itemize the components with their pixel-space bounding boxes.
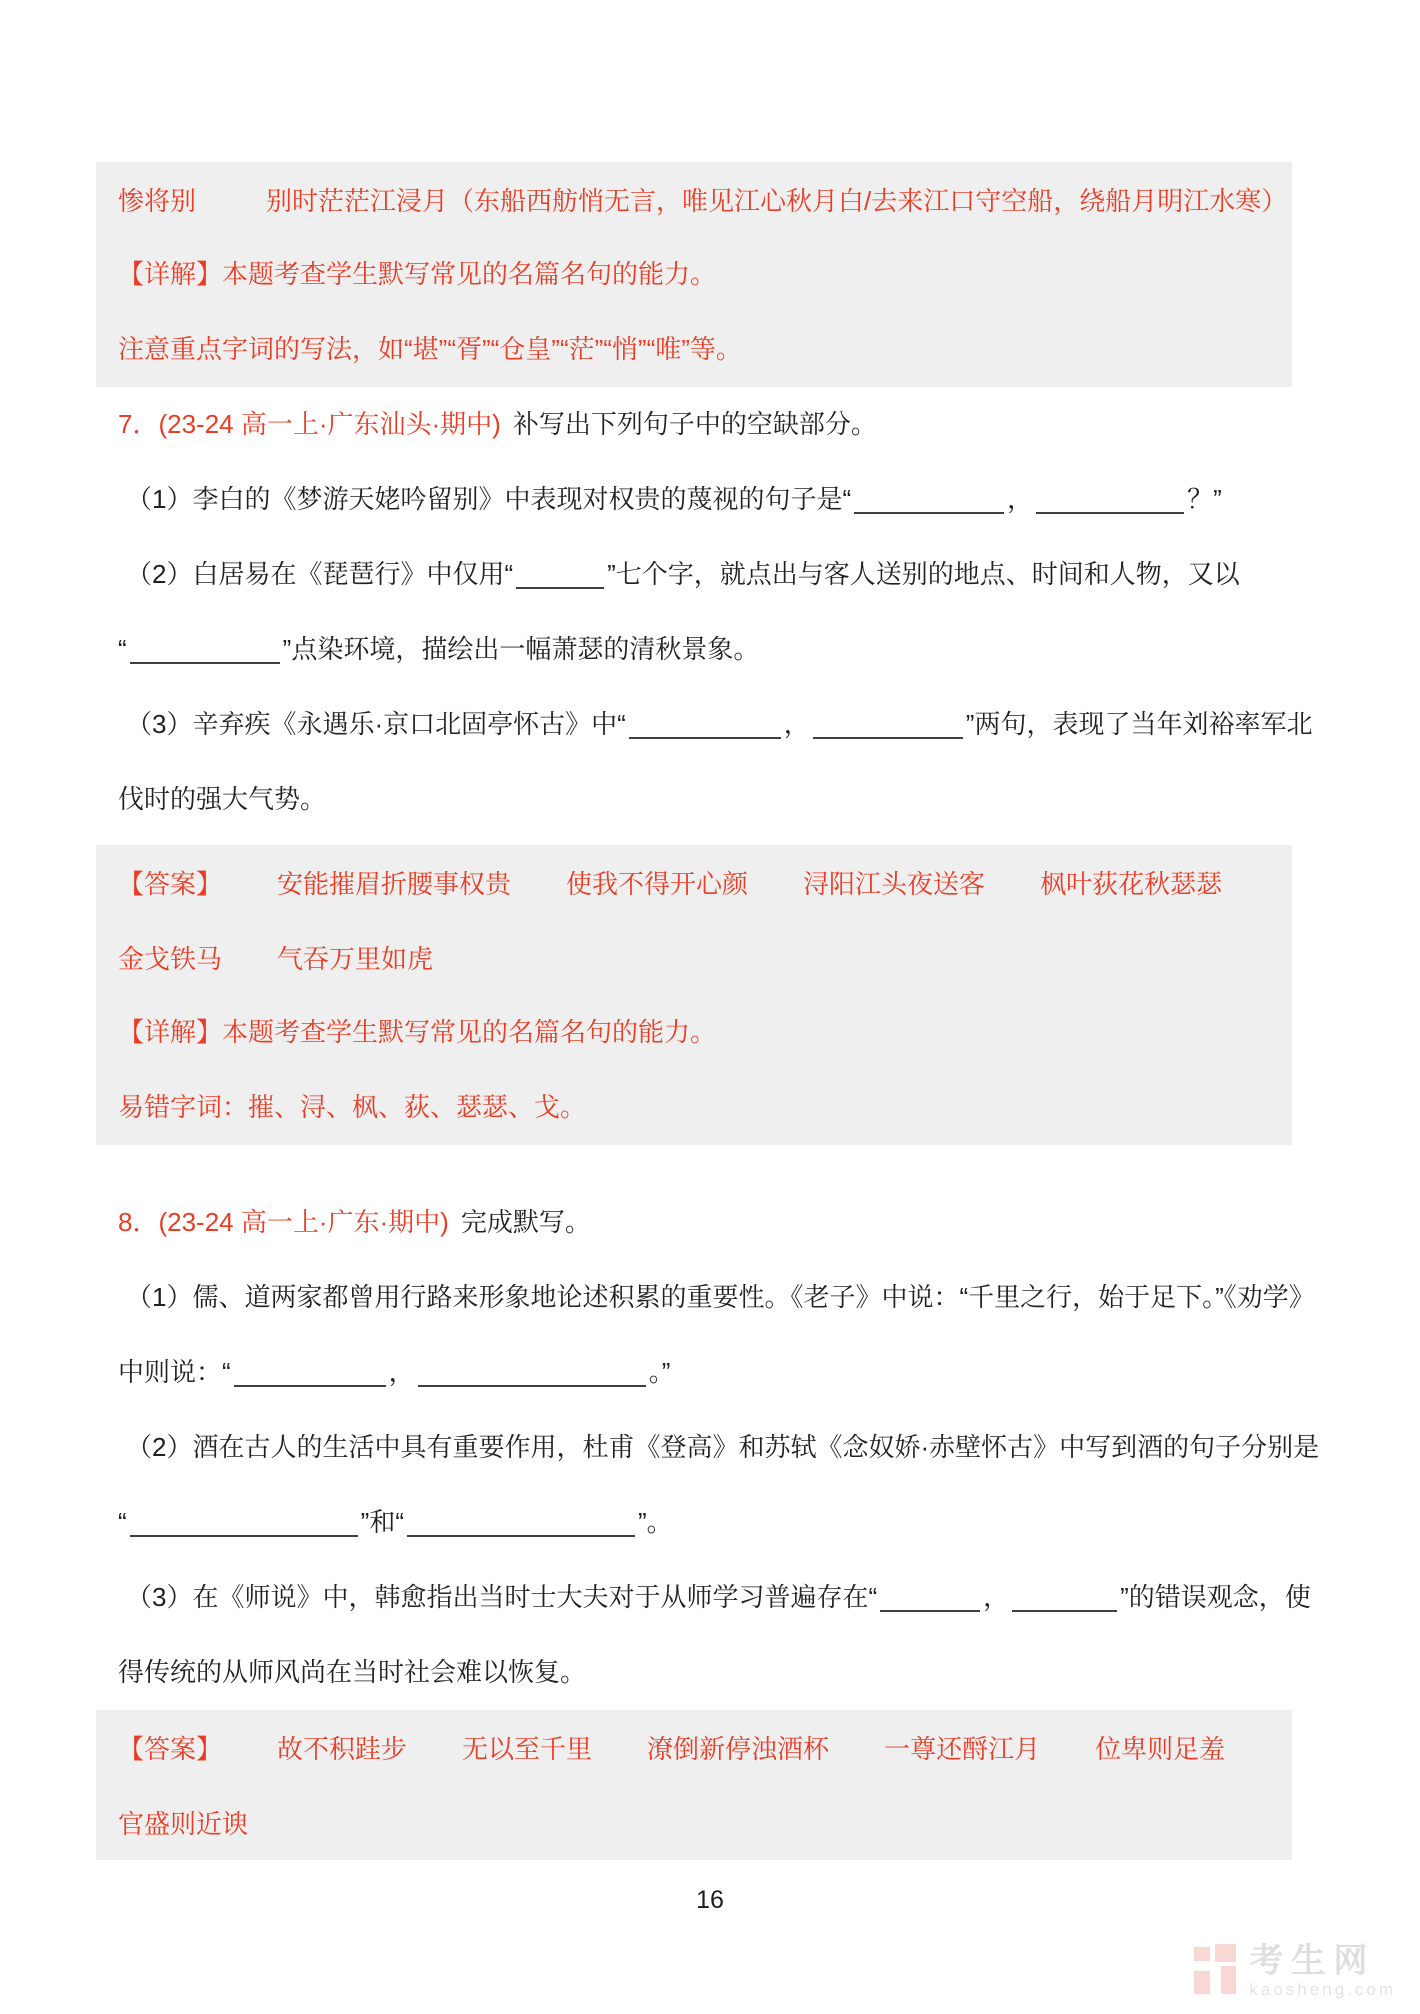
sub-question-text: ”七个字，就点出与客人送别的地点、时间和人物，又以 (607, 559, 1240, 589)
sub-question-text: ”和“ (361, 1507, 404, 1537)
answer-line: 金戈铁马 气吞万里如虎 (96, 920, 1292, 995)
sub-question-1-line-1: （1）儒、道两家都曾用行路来形象地论述积累的重要性。《老子》中说：“千里之行，始… (96, 1260, 1292, 1335)
question-8: 8．(23-24 高一上·广东·期中)完成默写。 （1）儒、道两家都曾用行路来形… (96, 1185, 1292, 1710)
fill-in-blank (880, 1580, 980, 1612)
sub-question-2-line-2: “”点染环境，描绘出一幅萧瑟的清秋景象。 (96, 612, 1292, 687)
detail-line: 【详解】本题考查学生默写常见的名篇名句的能力。 (96, 995, 1292, 1070)
answer-item: 浔阳江头夜送客 (803, 864, 985, 901)
answer-item: 别时茫茫江浸月（东船西舫悄无言，唯见江心秋月白/去来江口守空船，绕船月明江水寒） (266, 181, 1287, 218)
sub-question-text: ， (983, 1582, 1009, 1612)
answer-block-question-7: 【答案】 安能摧眉折腰事权贵 使我不得开心颜 浔阳江头夜送客 枫叶荻花秋瑟瑟 金… (96, 845, 1292, 1145)
answer-line: 官盛则近谀 (96, 1785, 1292, 1860)
sub-question-3-line-1: （3）辛弃疾《永遇乐·京口北固亭怀古》中“，”两句，表现了当年刘裕率军北 (96, 687, 1292, 762)
sub-question-2-line-1: （2）酒在古人的生活中具有重要作用，杜甫《登高》和苏轼《念奴娇·赤壁怀古》中写到… (96, 1410, 1292, 1485)
answer-line: 惨将别 别时茫茫江浸月（东船西舫悄无言，唯见江心秋月白/去来江口守空船，绕船月明… (96, 162, 1292, 237)
fill-in-blank (1012, 1580, 1117, 1612)
fill-in-blank (130, 632, 280, 664)
sub-question-text: ”两句，表现了当年刘裕率军北 (966, 709, 1313, 739)
sub-question-1-line-2: 中则说：“，。” (96, 1335, 1292, 1410)
answer-label: 【答案】 (118, 864, 222, 901)
answer-item: 官盛则近谀 (118, 1804, 248, 1841)
fill-in-blank (407, 1505, 635, 1537)
sub-question-text: （3）辛弃疾《永遇乐·京口北固亭怀古》中“ (126, 709, 626, 739)
fill-in-blank (1036, 482, 1184, 514)
sub-question-text: ？” (1187, 484, 1222, 514)
note-line: 易错字词：摧、浔、枫、荻、瑟瑟、戈。 (96, 1070, 1292, 1145)
question-prompt: 补写出下列句子中的空缺部分。 (513, 409, 877, 439)
sub-question-text: ”。 (638, 1507, 673, 1537)
answer-item: 枫叶荻花秋瑟瑟 (1040, 864, 1222, 901)
sub-question-3-line-1: （3）在《师说》中，韩愈指出当时士大夫对于从师学习普遍存在“，”的错误观念，使 (96, 1560, 1292, 1635)
exam-document-page: 惨将别 别时茫茫江浸月（东船西舫悄无言，唯见江心秋月白/去来江口守空船，绕船月明… (0, 0, 1420, 2014)
fill-in-blank (130, 1505, 358, 1537)
answer-item: 一尊还酹江月 (884, 1729, 1040, 1766)
sub-question-text: （1）李白的《梦游天姥吟留别》中表现对权贵的蔑视的句子是“ (126, 484, 851, 514)
answer-item: 无以至千里 (462, 1729, 592, 1766)
fill-in-blank (516, 557, 604, 589)
sub-question-2-line-2: “”和“”。 (96, 1485, 1292, 1560)
answer-item: 使我不得开心颜 (566, 864, 748, 901)
answer-line: 【答案】 安能摧眉折腰事权贵 使我不得开心颜 浔阳江头夜送客 枫叶荻花秋瑟瑟 (96, 845, 1292, 920)
watermark-brand: 考生网 (1249, 1944, 1396, 1978)
question-8-header: 8．(23-24 高一上·广东·期中)完成默写。 (96, 1185, 1292, 1260)
answer-block-previous-question: 惨将别 别时茫茫江浸月（东船西舫悄无言，唯见江心秋月白/去来江口守空船，绕船月明… (96, 162, 1292, 387)
question-number: 7．(23-24 高一上·广东汕头·期中) (118, 409, 501, 439)
question-prompt: 完成默写。 (461, 1207, 591, 1237)
answer-item: 位卑则足羞 (1095, 1729, 1225, 1766)
sub-question-1: （1）李白的《梦游天姥吟留别》中表现对权贵的蔑视的句子是“，？” (96, 462, 1292, 537)
fill-in-blank (854, 482, 1004, 514)
sub-question-3-line-2: 得传统的从师风尚在当时社会难以恢复。 (96, 1635, 1292, 1710)
sub-question-text: “ (118, 634, 127, 664)
note-line: 注意重点字词的写法，如“堪”“胥”“仓皇”“茫”“悄”“唯”等。 (96, 312, 1292, 387)
fill-in-blank (418, 1355, 646, 1387)
answer-line: 【答案】 故不积跬步 无以至千里 潦倒新停浊酒杯 一尊还酹江月 位卑则足羞 (96, 1710, 1292, 1785)
answer-item: 故不积跬步 (277, 1729, 407, 1766)
sub-question-text: 。” (649, 1357, 671, 1387)
question-7-header: 7．(23-24 高一上·广东汕头·期中)补写出下列句子中的空缺部分。 (96, 387, 1292, 462)
sub-question-text: “ (118, 1507, 127, 1537)
answer-item: 惨将别 (118, 181, 196, 218)
watermark-text: 考生网 kaosheng.com (1249, 1944, 1396, 1998)
watermark-domain: kaosheng.com (1249, 1981, 1396, 1998)
page-number: 16 (0, 1886, 1420, 1915)
answer-item: 气吞万里如虎 (277, 939, 433, 976)
sub-question-text: ， (784, 709, 810, 739)
question-7: 7．(23-24 高一上·广东汕头·期中)补写出下列句子中的空缺部分。 （1）李… (96, 387, 1292, 837)
sub-question-text: 中则说：“ (118, 1357, 231, 1387)
kaosheng-logo-icon (1194, 1944, 1236, 1994)
answer-label: 【答案】 (118, 1729, 222, 1766)
answer-item: 潦倒新停浊酒杯 (647, 1729, 829, 1766)
fill-in-blank (234, 1355, 386, 1387)
sub-question-text: ， (389, 1357, 415, 1387)
fill-in-blank (629, 707, 781, 739)
answer-block-question-8: 【答案】 故不积跬步 无以至千里 潦倒新停浊酒杯 一尊还酹江月 位卑则足羞 官盛… (96, 1710, 1292, 1860)
watermark: 考生网 kaosheng.com (1194, 1944, 1396, 1998)
sub-question-text: （2）白居易在《琵琶行》中仅用“ (126, 559, 513, 589)
answer-item: 金戈铁马 (118, 939, 222, 976)
sub-question-2-line-1: （2）白居易在《琵琶行》中仅用“”七个字，就点出与客人送别的地点、时间和人物，又… (96, 537, 1292, 612)
sub-question-text: ， (1007, 484, 1033, 514)
answer-item: 安能摧眉折腰事权贵 (277, 864, 511, 901)
question-number: 8．(23-24 高一上·广东·期中) (118, 1207, 449, 1237)
sub-question-text: ”点染环境，描绘出一幅萧瑟的清秋景象。 (283, 634, 760, 664)
fill-in-blank (813, 707, 963, 739)
sub-question-text: （3）在《师说》中，韩愈指出当时士大夫对于从师学习普遍存在“ (126, 1582, 877, 1612)
sub-question-text: ”的错误观念，使 (1120, 1582, 1311, 1612)
detail-line: 【详解】本题考查学生默写常见的名篇名句的能力。 (96, 237, 1292, 312)
sub-question-3-line-2: 伐时的强大气势。 (96, 762, 1292, 837)
